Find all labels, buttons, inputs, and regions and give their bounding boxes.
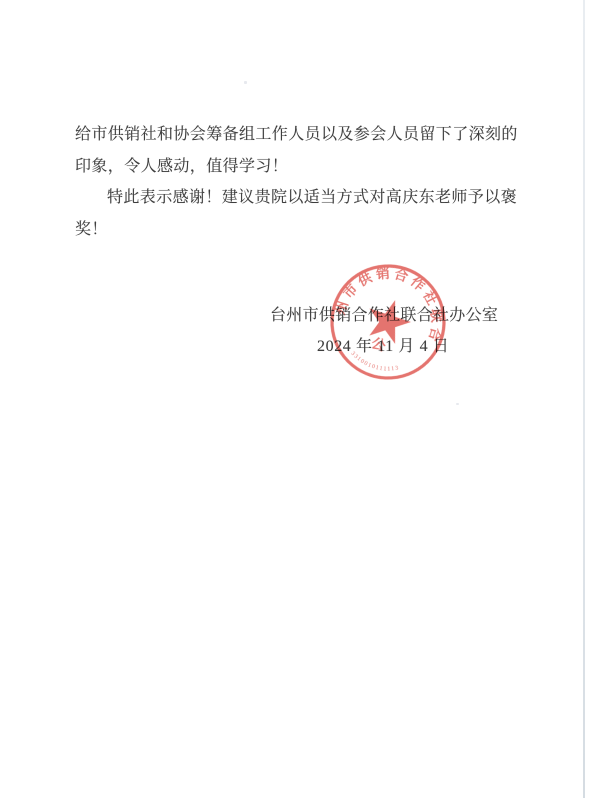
scan-speck: [244, 81, 247, 84]
letter-body: 给市供销社和协会筹备组工作人员以及参会人员留下了深刻的 印象，令人感动，值得学习…: [75, 119, 527, 245]
seal-code-text: 3310010111113: [347, 350, 402, 379]
body-line-3: 特此表示感谢！建议贵院以适当方式对高庆东老师予以褒: [75, 182, 527, 214]
official-seal: 台州市供销合作社联合社 办公室 3310010111113: [300, 234, 476, 410]
scan-edge-line: [583, 0, 585, 798]
body-line-1: 给市供销社和协会筹备组工作人员以及参会人员留下了深刻的: [75, 119, 527, 151]
scan-speck: [456, 403, 459, 405]
scanned-letter-page: 给市供销社和协会筹备组工作人员以及参会人员留下了深刻的 印象，令人感动，值得学习…: [0, 0, 589, 798]
body-line-4: 奖！: [75, 214, 527, 246]
body-line-2: 印象，令人感动，值得学习！: [75, 151, 527, 183]
seal-bottom-text: 办公室: [303, 234, 423, 356]
seal-star-icon: [361, 293, 415, 346]
